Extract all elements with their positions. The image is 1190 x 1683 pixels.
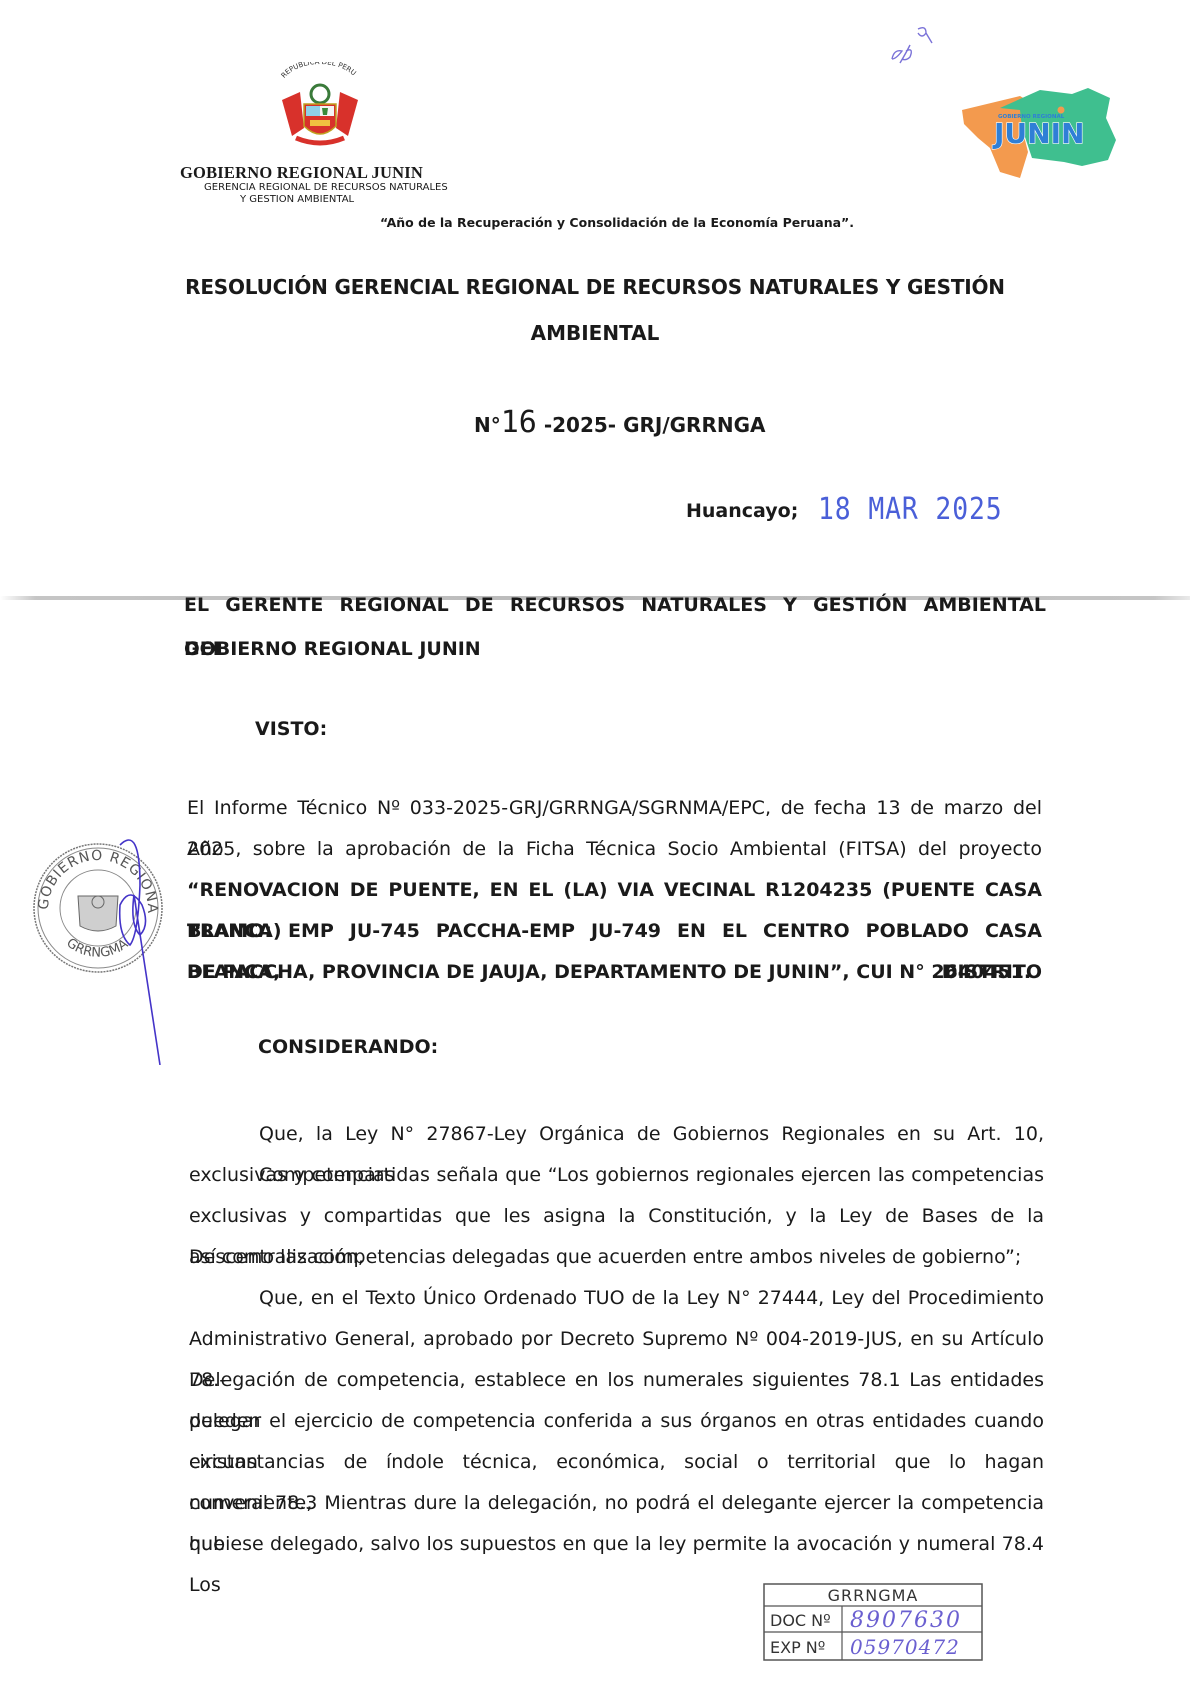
visto-line: TRAMO: EMP JU-745 PACCHA-EMP JU-749 EN E… xyxy=(187,911,1042,952)
handwritten-signature xyxy=(100,825,180,1065)
considerando-line: delegar el ejercicio de competencia conf… xyxy=(189,1401,1044,1442)
authority-line1: EL GERENTE REGIONAL DE RECURSOS NATURALE… xyxy=(184,583,1046,627)
date-stamp: 18 MAR 2025 xyxy=(818,492,1003,527)
svg-text:GRRNGMA: GRRNGMA xyxy=(828,1586,919,1605)
svg-text:DOC Nº: DOC Nº xyxy=(770,1611,831,1630)
considerando-paragraphs: Que, la Ley N° 27867-Ley Orgánica de Gob… xyxy=(189,1114,1044,1565)
considerando-line: numeral 78.3 Mientras dure la delegación… xyxy=(189,1483,1044,1524)
org-name: GOBIERNO REGIONAL JUNIN xyxy=(180,163,423,183)
considerando-line: Que, en el Texto Único Ordenado TUO de l… xyxy=(189,1278,1044,1319)
handwritten-folio-number xyxy=(890,25,940,65)
svg-text:JUNIN: JUNIN xyxy=(992,117,1084,150)
org-subtitle-line2: Y GESTION AMBIENTAL xyxy=(240,194,354,205)
considerando-line: exclusivas y compartidas que les asigna … xyxy=(189,1196,1044,1237)
place-label: Huancayo; xyxy=(686,500,798,522)
svg-text:8907630: 8907630 xyxy=(850,1608,962,1633)
visto-line: DE PACCHA, PROVINCIA DE JAUJA, DEPARTAME… xyxy=(187,952,1042,993)
resolution-number-suffix: -2025- GRJ/GRRNGA xyxy=(537,413,766,437)
svg-text:EXP Nº: EXP Nº xyxy=(770,1638,825,1657)
authority-line2: GOBIERNO REGIONAL JUNIN xyxy=(184,627,1046,671)
visto-line: “RENOVACION DE PUENTE, EN EL (LA) VIA VE… xyxy=(187,870,1042,911)
org-subtitle-line1: GERENCIA REGIONAL DE RECURSOS NATURALES xyxy=(204,182,448,193)
considerando-line: hubiese delegado, salvo los supuestos en… xyxy=(189,1524,1044,1565)
coat-of-arms-icon: REPUBLICA DEL PERU xyxy=(272,62,368,152)
resolution-number: N°16 -2025- GRJ/GRRNGA xyxy=(474,405,765,440)
considerando-line: Administrativo General, aprobado por Dec… xyxy=(189,1319,1044,1360)
visto-line: El Informe Técnico Nº 033-2025-GRJ/GRRNG… xyxy=(187,788,1042,829)
visto-line: 2025, sobre la aprobación de la Ficha Té… xyxy=(187,829,1042,870)
considerando-line: así como las competencias delegadas que … xyxy=(189,1237,1044,1278)
considerando-line: Delegación de competencia, establece en … xyxy=(189,1360,1044,1401)
svg-text:05970472: 05970472 xyxy=(850,1635,960,1659)
junin-region-logo: GOBIERNO REGIONAL JUNIN xyxy=(960,88,1120,183)
resolution-number-value: 16 xyxy=(501,405,537,440)
registry-stamp: GRRNGMA DOC Nº EXP Nº 8907630 05970472 xyxy=(760,1582,985,1664)
considerando-line: circunstancias de índole técnica, económ… xyxy=(189,1442,1044,1483)
document-title-line1: RESOLUCIÓN GERENCIAL REGIONAL DE RECURSO… xyxy=(0,275,1190,299)
issuing-authority: EL GERENTE REGIONAL DE RECURSOS NATURALE… xyxy=(184,583,1046,671)
considerando-line: exclusivas y compartidas señala que “Los… xyxy=(189,1155,1044,1196)
visto-heading: VISTO: xyxy=(255,718,327,740)
year-motto: “Año de la Recuperación y Consolidación … xyxy=(380,215,854,230)
considerando-heading: CONSIDERANDO: xyxy=(258,1036,438,1058)
visto-paragraph: El Informe Técnico Nº 033-2025-GRJ/GRRNG… xyxy=(187,788,1042,993)
resolution-number-prefix: N° xyxy=(474,413,501,437)
considerando-line: Que, la Ley N° 27867-Ley Orgánica de Gob… xyxy=(189,1114,1044,1155)
svg-text:REPUBLICA DEL PERU: REPUBLICA DEL PERU xyxy=(280,62,358,80)
document-title-line2: AMBIENTAL xyxy=(0,321,1190,345)
